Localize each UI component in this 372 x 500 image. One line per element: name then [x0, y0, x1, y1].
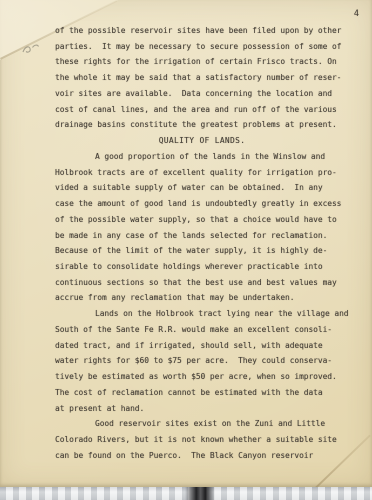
text-line: the whole it may be said that a satisfac… — [55, 70, 349, 86]
text-line: accrue from any reclamation that may be … — [55, 290, 349, 306]
text-line: The cost of reclamation cannot be estima… — [55, 385, 349, 401]
text-line: these rights for the irrigation of certa… — [55, 54, 349, 70]
text-line: South of the Sante Fe R.R. would make an… — [55, 322, 349, 338]
page-number: 4 — [354, 9, 359, 19]
text-line: vided a suitable supply of water can be … — [55, 180, 349, 196]
text-line: water rights for $60 to $75 per acre. Th… — [55, 353, 349, 369]
text-line: dated tract, and if irrigated, should se… — [55, 338, 349, 354]
text-line: cost of canal lines, and the area and ru… — [55, 102, 349, 118]
text-line: Holbrook tracts are of excellent quality… — [55, 165, 349, 181]
text-line: Good reservoir sites exist on the Zuni a… — [55, 416, 349, 432]
text-line: can be found on the Puerco. The Black Ca… — [55, 448, 349, 464]
text-line: of the possible reservoir sites have bee… — [55, 23, 349, 39]
text-line: continuous sections so that the best use… — [55, 275, 349, 291]
text-line: tively be estimated as worth $50 per acr… — [55, 369, 349, 385]
text-line: at present at hand. — [55, 401, 349, 417]
text-line: of the possible water supply, so that a … — [55, 212, 349, 228]
scanner-strip-mark — [185, 487, 215, 500]
text-line: drainage basins constitute the greatest … — [55, 117, 349, 133]
text-line: parties. It may be necessary to secure p… — [55, 39, 349, 55]
pencil-mark — [20, 40, 42, 58]
text-line: case the amount of good land is undoubte… — [55, 196, 349, 212]
text-line: be made in any case of the lands selecte… — [55, 228, 349, 244]
document-text: of the possible reservoir sites have bee… — [55, 23, 349, 464]
text-line: A good proportion of the lands in the Wi… — [55, 149, 349, 165]
scanned-document: 4 of the possible reservoir sites have b… — [0, 0, 372, 500]
text-line: sirable to consolidate holdings wherever… — [55, 259, 349, 275]
text-line: voir sites are available. Data concernin… — [55, 86, 349, 102]
text-line: Because of the limit of the water supply… — [55, 243, 349, 259]
text-line: Lands on the Holbrook tract lying near t… — [55, 306, 349, 322]
paper-sheet: 4 of the possible reservoir sites have b… — [0, 0, 372, 487]
section-heading: QUALITY OF LANDS. — [55, 133, 349, 149]
text-line: Colorado Rivers, but it is not known whe… — [55, 432, 349, 448]
